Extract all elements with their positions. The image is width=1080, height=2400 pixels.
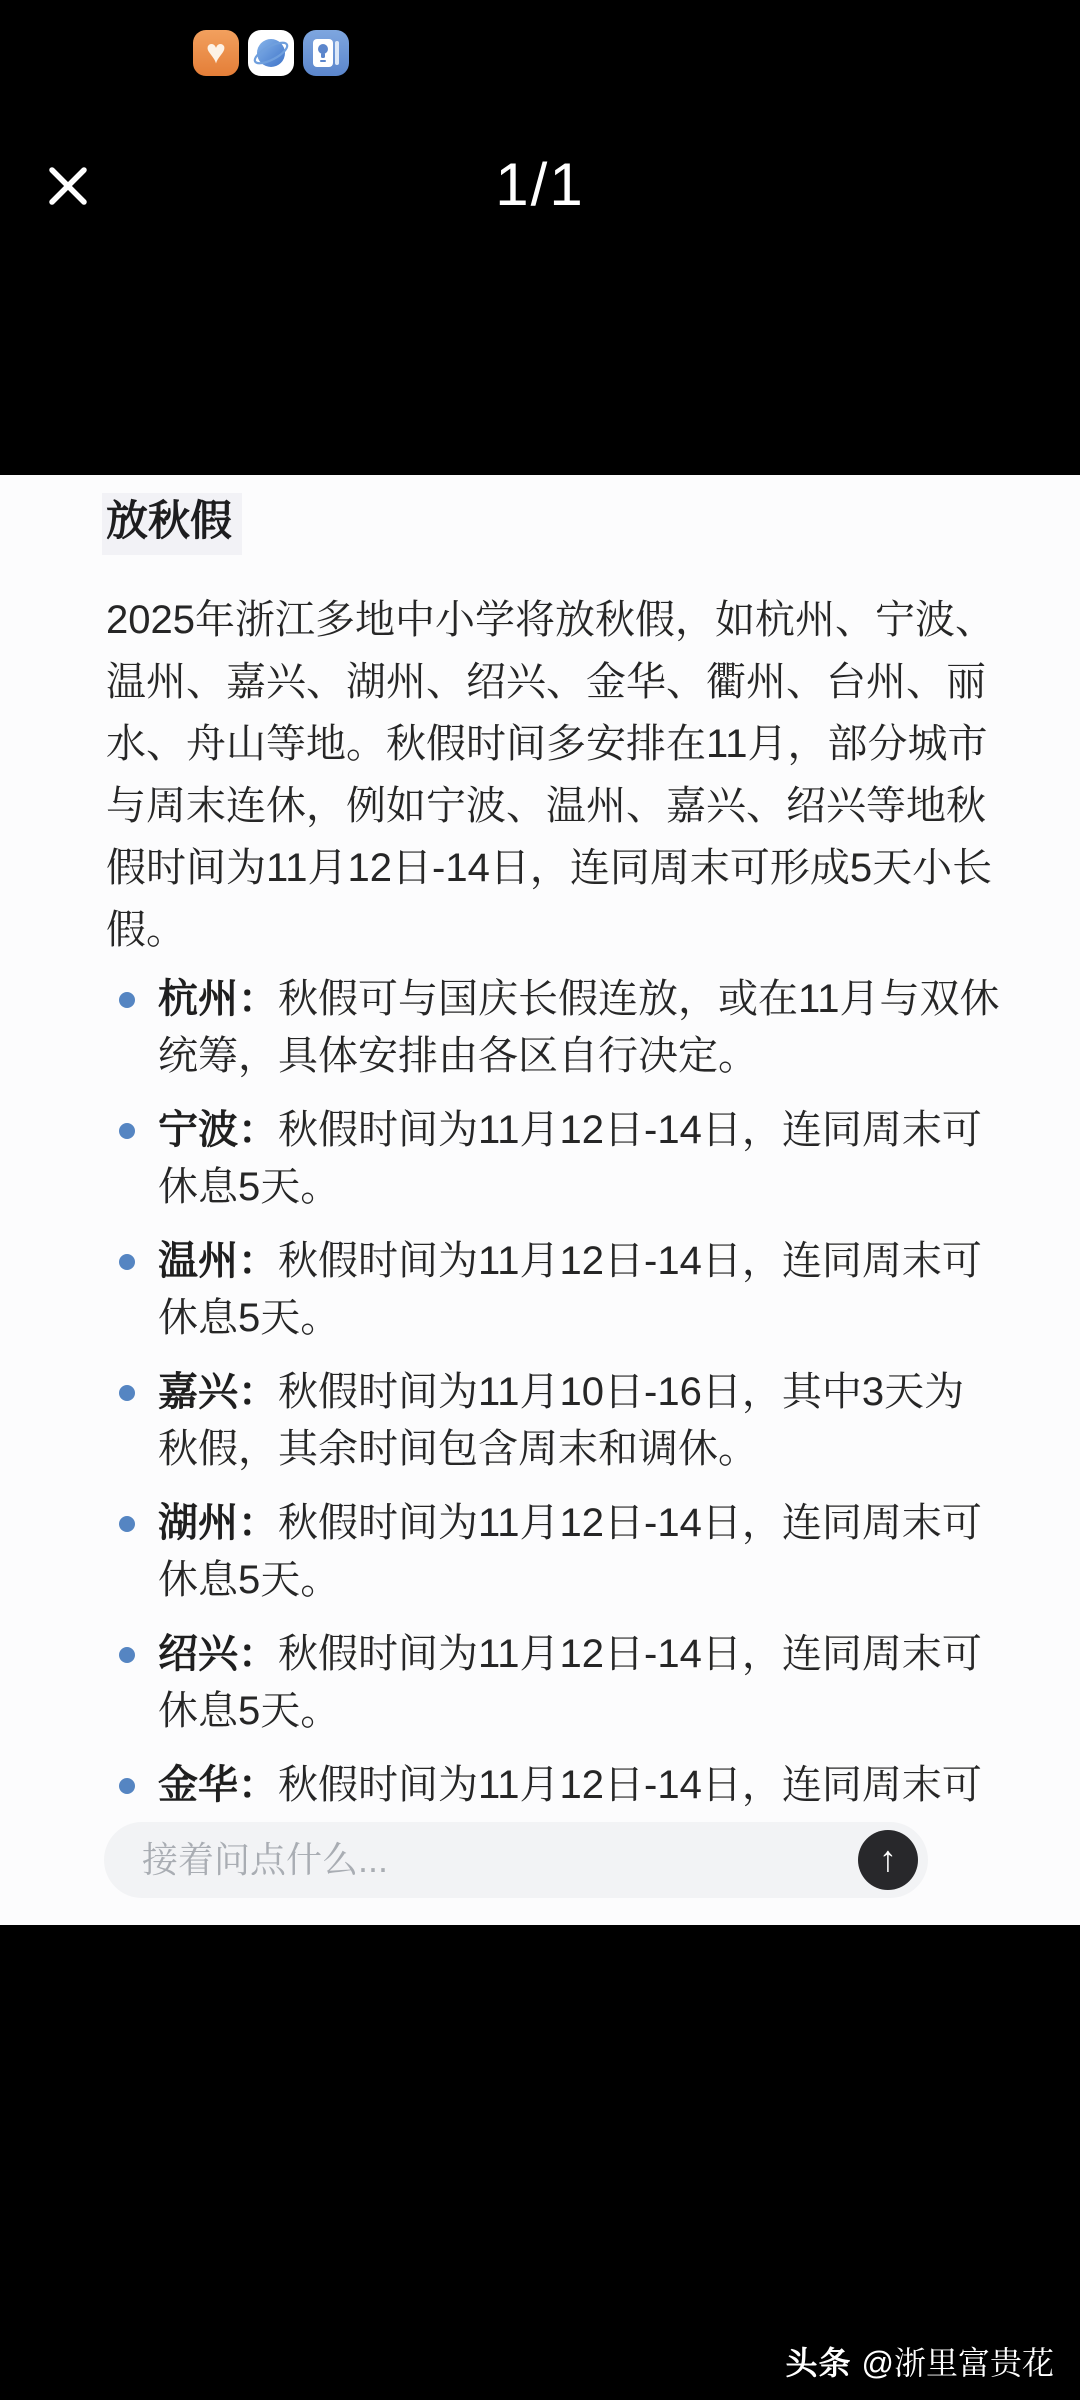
bullet-line: 休息5天。 bbox=[158, 1683, 932, 1740]
bullet-list: 杭州：秋假可与国庆长假连放，或在11月与双休统筹，具体安排由各区自行决定。宁波：… bbox=[106, 971, 932, 1814]
list-item: 湖州：秋假时间为11月12日-14日，连同周末可休息5天。 bbox=[106, 1495, 932, 1609]
send-button[interactable]: ↑ bbox=[858, 1830, 918, 1890]
bullet-dot-icon bbox=[119, 1254, 135, 1270]
list-item: 嘉兴：秋假时间为11月10日-16日，其中3天为秋假，其余时间包含周末和调休。 bbox=[106, 1364, 932, 1478]
list-item: 杭州：秋假可与国庆长假连放，或在11月与双休统筹，具体安排由各区自行决定。 bbox=[106, 971, 932, 1085]
bullet-line: 休息5天。 bbox=[158, 1290, 932, 1347]
paragraph-line: 温州、嘉兴、湖州、绍兴、金华、衢州、台州、丽 bbox=[106, 651, 932, 713]
bullet-dot-icon bbox=[119, 1516, 135, 1532]
health-heart-app-icon[interactable]: ♥ bbox=[193, 30, 239, 76]
bullet-dot-icon bbox=[119, 992, 135, 1008]
article-paragraph: 2025年浙江多地中小学将放秋假，如杭州、宁波、温州、嘉兴、湖州、绍兴、金华、衢… bbox=[106, 589, 932, 961]
paragraph-line: 水、舟山等地。秋假时间多安排在11月，部分城市 bbox=[106, 713, 932, 775]
floating-app-dock: ♥ bbox=[193, 30, 349, 76]
list-item: 宁波：秋假时间为11月12日-14日，连同周末可休息5天。 bbox=[106, 1102, 932, 1216]
bullet-city-label: 金华： bbox=[158, 1763, 278, 1807]
bullet-dot-icon bbox=[119, 1123, 135, 1139]
paragraph-line: 2025年浙江多地中小学将放秋假，如杭州、宁波、 bbox=[106, 589, 932, 651]
bullet-city-label: 绍兴： bbox=[158, 1632, 278, 1676]
page-indicator: 1/1 bbox=[0, 150, 1080, 219]
article-sheet: 放秋假 2025年浙江多地中小学将放秋假，如杭州、宁波、温州、嘉兴、湖州、绍兴、… bbox=[0, 475, 1080, 1925]
bullet-line: 统筹，具体安排由各区自行决定。 bbox=[158, 1028, 932, 1085]
bullet-city-label: 温州： bbox=[158, 1239, 278, 1283]
bullet-dot-icon bbox=[119, 1385, 135, 1401]
paragraph-line: 假时间为11月12日-14日，连同周末可形成5天小长 bbox=[106, 837, 932, 899]
bullet-text: 杭州：秋假可与国庆长假连放，或在11月与双休统筹，具体安排由各区自行决定。 bbox=[158, 971, 932, 1085]
heart-icon: ♥ bbox=[206, 35, 226, 69]
browser-globe-app-icon[interactable] bbox=[248, 30, 294, 76]
bullet-line: 秋假，其余时间包含周末和调休。 bbox=[158, 1421, 932, 1478]
bullet-line: 湖州：秋假时间为11月12日-14日，连同周末可 bbox=[158, 1495, 932, 1552]
bullet-line: 温州：秋假时间为11月12日-14日，连同周末可 bbox=[158, 1233, 932, 1290]
bullet-line: 嘉兴：秋假时间为11月10日-16日，其中3天为 bbox=[158, 1364, 932, 1421]
bullet-text: 宁波：秋假时间为11月12日-14日，连同周末可休息5天。 bbox=[158, 1102, 932, 1216]
globe-icon bbox=[252, 34, 290, 72]
bullet-text: 绍兴：秋假时间为11月12日-14日，连同周末可休息5天。 bbox=[158, 1626, 932, 1740]
ask-input[interactable] bbox=[140, 1838, 928, 1882]
bullet-text: 嘉兴：秋假时间为11月10日-16日，其中3天为秋假，其余时间包含周末和调休。 bbox=[158, 1364, 932, 1478]
article-title: 放秋假 bbox=[102, 493, 242, 555]
bullet-line: 绍兴：秋假时间为11月12日-14日，连同周末可 bbox=[158, 1626, 932, 1683]
bullet-line: 杭州：秋假可与国庆长假连放，或在11月与双休 bbox=[158, 971, 932, 1028]
bullet-dot-icon bbox=[119, 1778, 135, 1794]
bullet-text: 湖州：秋假时间为11月12日-14日，连同周末可休息5天。 bbox=[158, 1495, 932, 1609]
paragraph-line: 假。 bbox=[106, 899, 932, 961]
bullet-line: 休息5天。 bbox=[158, 1552, 932, 1609]
bullet-dot-icon bbox=[119, 1647, 135, 1663]
bullet-city-label: 湖州： bbox=[158, 1501, 278, 1545]
notebook-bulb-app-icon[interactable] bbox=[303, 30, 349, 76]
bullet-line: 休息5天。 bbox=[158, 1159, 932, 1216]
watermark-handle: @浙里富贵花 bbox=[862, 2338, 1055, 2384]
lightbulb-notebook-icon bbox=[309, 36, 343, 70]
list-item: 温州：秋假时间为11月12日-14日，连同周末可休息5天。 bbox=[106, 1233, 932, 1347]
ask-input-bar[interactable]: ↑ bbox=[104, 1822, 928, 1898]
watermark: 头条 @浙里富贵花 bbox=[785, 2338, 1054, 2384]
bullet-city-label: 杭州： bbox=[158, 977, 278, 1021]
bullet-text: 温州：秋假时间为11月12日-14日，连同周末可休息5天。 bbox=[158, 1233, 932, 1347]
up-arrow-icon: ↑ bbox=[879, 1841, 897, 1877]
list-item: 金华：秋假时间为11月12日-14日，连同周末可 bbox=[106, 1757, 932, 1814]
bullet-text: 金华：秋假时间为11月12日-14日，连同周末可 bbox=[158, 1757, 932, 1814]
paragraph-line: 与周末连休，例如宁波、温州、嘉兴、绍兴等地秋 bbox=[106, 775, 932, 837]
bullet-line: 宁波：秋假时间为11月12日-14日，连同周末可 bbox=[158, 1102, 932, 1159]
list-item: 绍兴：秋假时间为11月12日-14日，连同周末可休息5天。 bbox=[106, 1626, 932, 1740]
bullet-line: 金华：秋假时间为11月12日-14日，连同周末可 bbox=[158, 1757, 932, 1814]
screenshot-viewer-screen: ♥ bbox=[0, 0, 1080, 2400]
bullet-city-label: 宁波： bbox=[158, 1108, 278, 1152]
watermark-source: 头条 bbox=[785, 2338, 851, 2384]
bullet-city-label: 嘉兴： bbox=[158, 1370, 278, 1414]
